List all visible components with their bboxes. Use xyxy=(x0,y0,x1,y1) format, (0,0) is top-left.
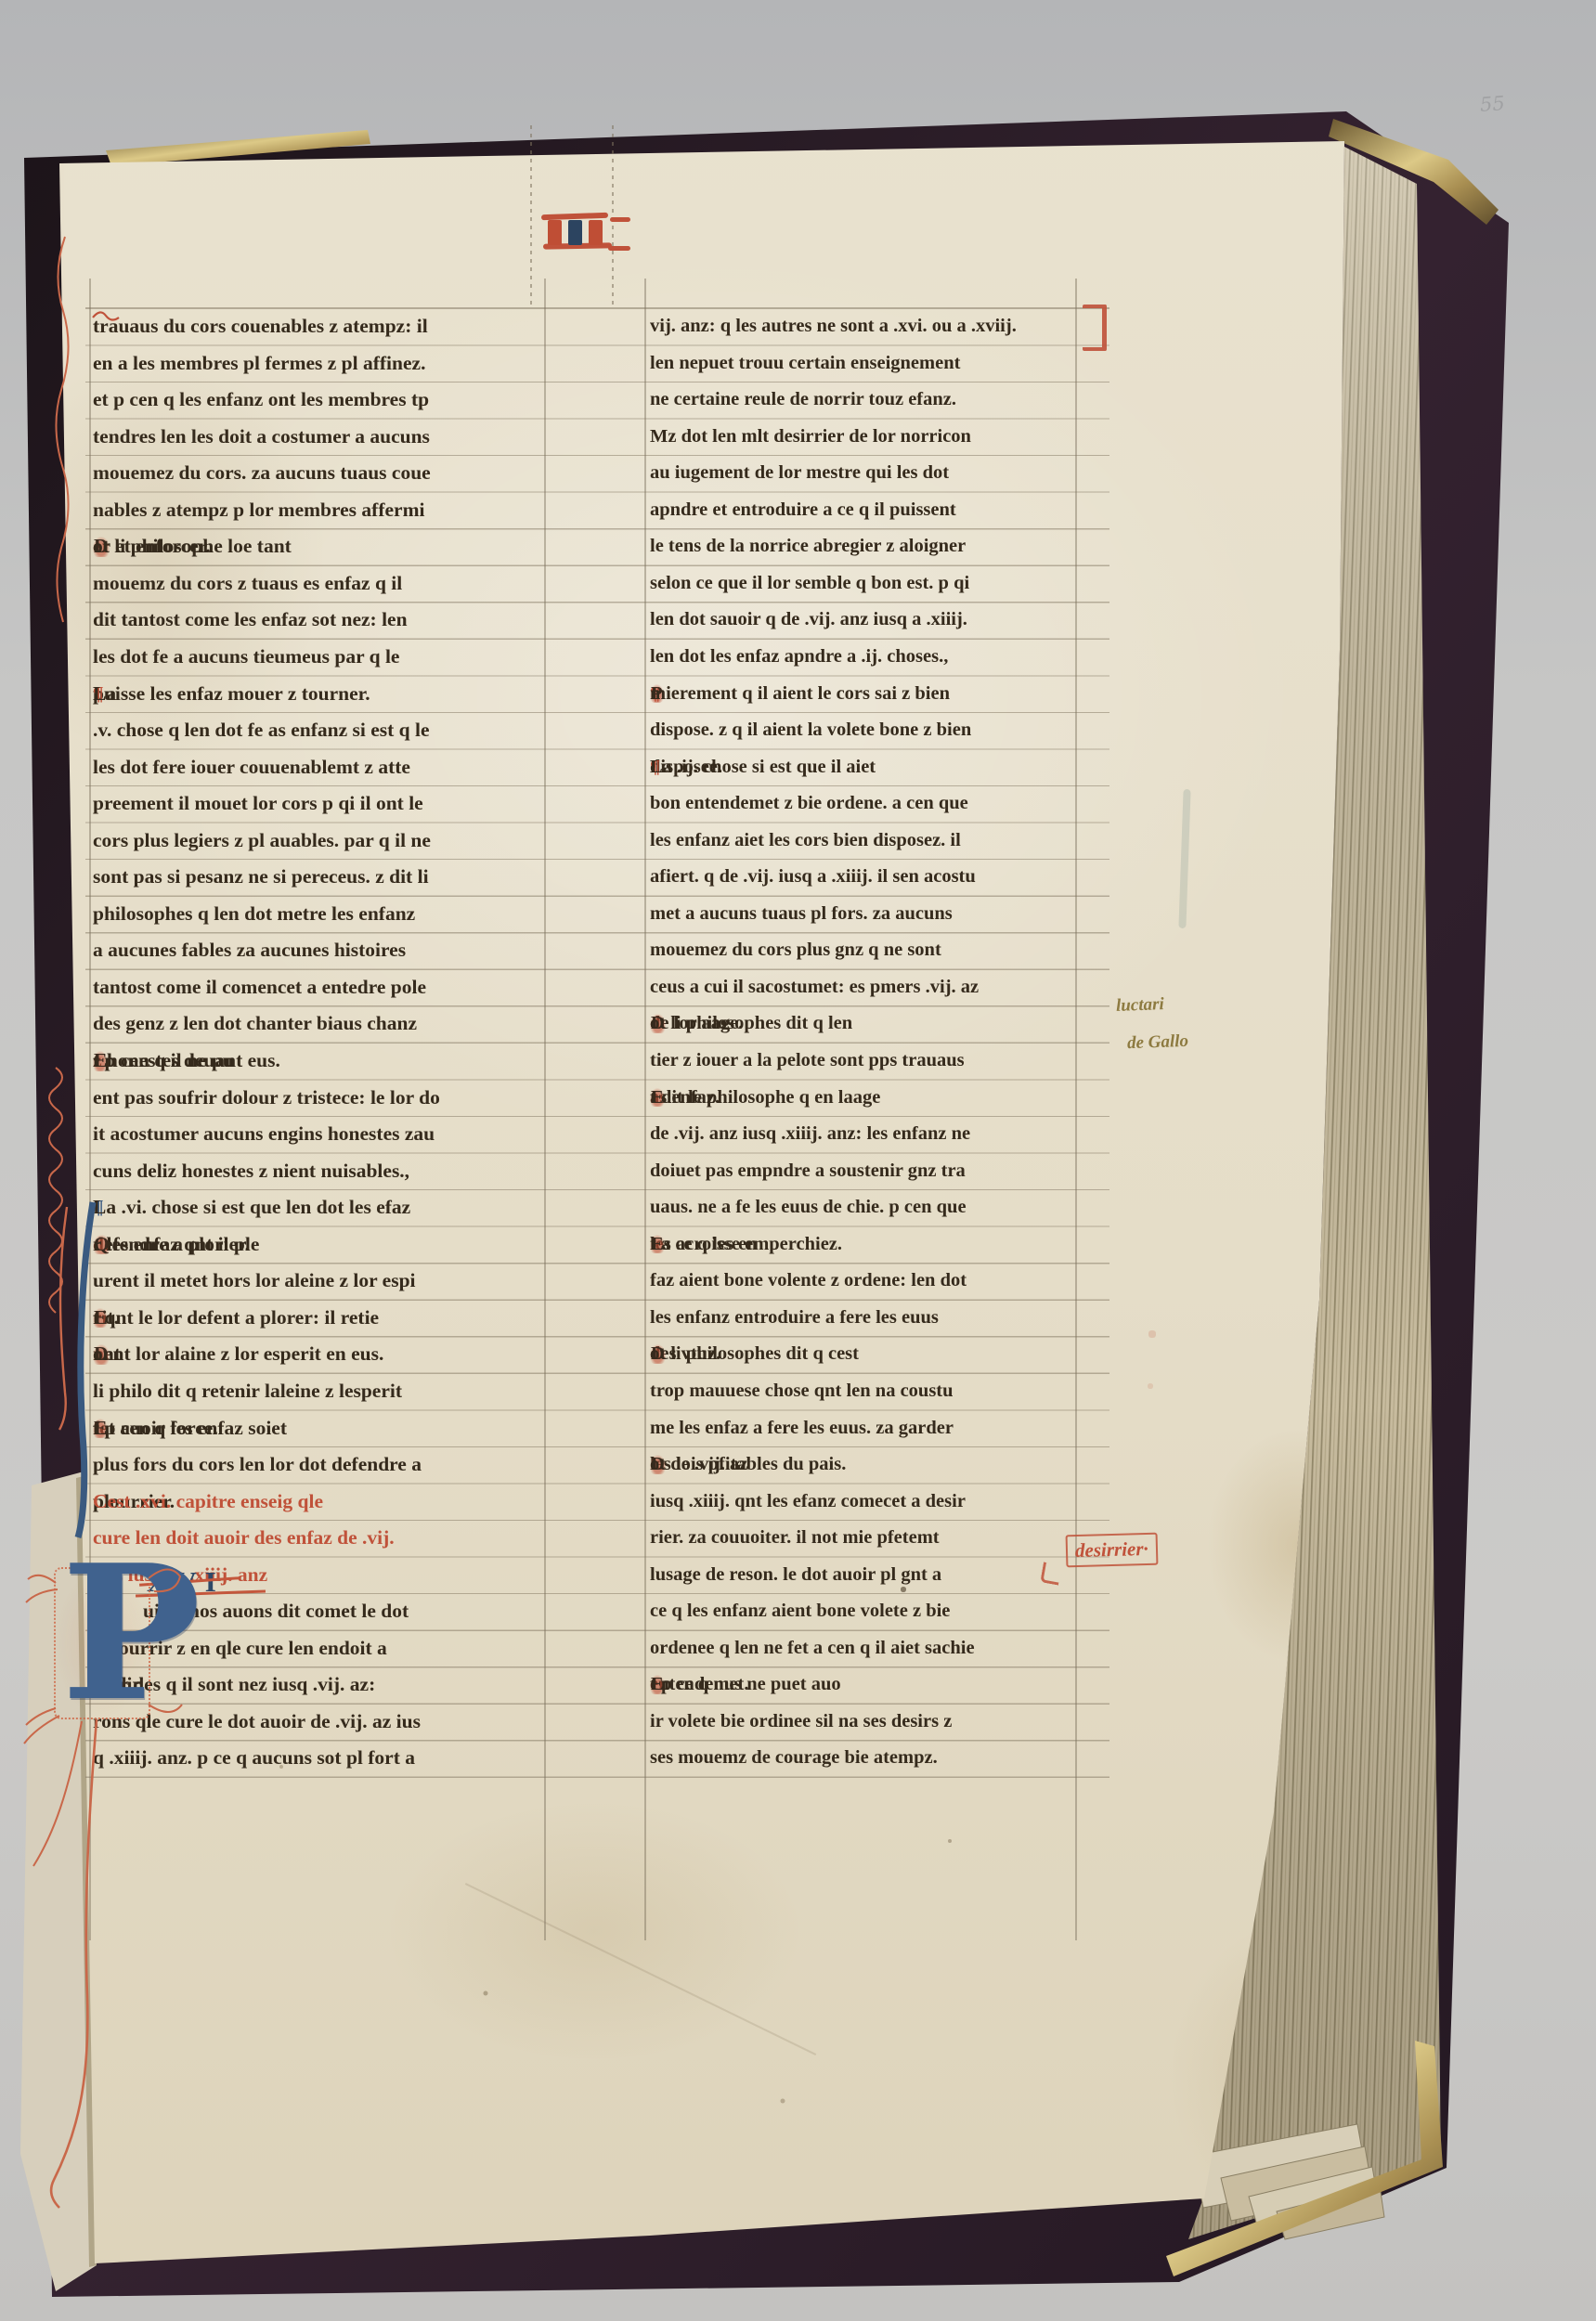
manuscript-photo: trauaus du cors couenables z atempz: ile… xyxy=(0,0,1596,2321)
margin-gloss-line1: luctari xyxy=(1116,994,1164,1017)
margin-capitulum-bracket xyxy=(1083,305,1107,351)
margin-red-tie-mark xyxy=(1040,1562,1062,1585)
margin-note-desirrier: desirrier· xyxy=(1066,1533,1159,1568)
margin-gloss-line2: de Gallo xyxy=(1127,1031,1189,1054)
pen-flourishes xyxy=(0,0,279,2321)
folio-number: 55 xyxy=(1479,92,1505,116)
